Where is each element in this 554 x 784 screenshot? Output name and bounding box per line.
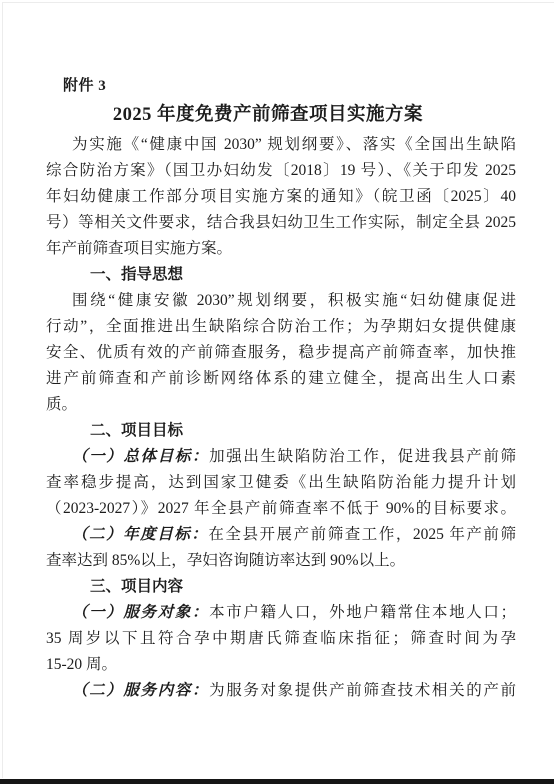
run-text: 15-20 周。 bbox=[46, 656, 117, 673]
document-content: 附件 3 2025 年度免费产前筛查项目实施方案 为实施《“健康中国 2030”… bbox=[46, 77, 516, 704]
run-text: 为服务对象提供产前筛查技术相关的产前 bbox=[209, 682, 516, 699]
text-line: 35 周岁以下且符合孕中期唐氏筛查临床指征；筛查时间为孕 bbox=[46, 626, 516, 652]
run-text: 35 周岁以下且符合孕中期唐氏筛查临床指征；筛查时间为孕 bbox=[46, 630, 516, 647]
page-bottom-edge bbox=[0, 779, 554, 784]
text-line: 查率达到 85%以上，孕妇咨询随访率达到 90%以上。 bbox=[46, 548, 516, 574]
text-line: 行动”，全面推进出生缺陷综合防治工作；为孕期妇女提供健康 bbox=[46, 314, 516, 340]
run-text: 加强出生缺陷防治工作，促进我县产前筛 bbox=[209, 448, 516, 465]
text-line: 进产前筛查和产前诊断网络体系的建立健全，提高出生人口素 bbox=[46, 366, 516, 392]
text-line: 质。 bbox=[46, 392, 516, 418]
section-heading: 一、指导思想 bbox=[46, 262, 516, 288]
run-text: 质。 bbox=[46, 396, 77, 413]
run-emphasis: （二）年度目标： bbox=[72, 526, 208, 543]
text-line: 查率稳步提高，达到国家卫健委《出生缺陷防治能力提升计划 bbox=[46, 470, 516, 496]
page-edge-top-line bbox=[2, 2, 554, 3]
section-heading: 三、项目内容 bbox=[46, 574, 516, 600]
run-text: 进产前筛查和产前诊断网络体系的建立健全，提高出生人口素 bbox=[46, 370, 516, 387]
text-line: （二）年度目标：在全县开展产前筛查工作，2025 年产前筛 bbox=[46, 522, 516, 548]
text-line: 围绕“健康安徽 2030”规划纲要，积极实施“妇幼健康促进 bbox=[46, 288, 516, 314]
page-title: 2025 年度免费产前筛查项目实施方案 bbox=[46, 102, 490, 129]
text-line: （一）服务对象：本市户籍人口，外地户籍常住本地人口； bbox=[46, 600, 516, 626]
run-emphasis: （一）总体目标： bbox=[72, 448, 209, 465]
section-heading: 二、项目目标 bbox=[46, 418, 516, 444]
run-text: 安全、优质有效的产前筛查服务，稳步提高产前筛查率，加快推 bbox=[46, 344, 516, 361]
page-edge-left-line bbox=[2, 2, 3, 778]
run-text: 为实施《“健康中国 2030” 规划纲要》、落实《全国出生缺陷 bbox=[72, 136, 516, 153]
run-text: 年妇幼健康工作部分项目实施方案的通知》（皖卫函〔2025〕40 bbox=[46, 188, 516, 205]
run-text: 查率稳步提高，达到国家卫健委《出生缺陷防治能力提升计划 bbox=[46, 474, 516, 491]
text-line: 年妇幼健康工作部分项目实施方案的通知》（皖卫函〔2025〕40 bbox=[46, 184, 516, 210]
text-line: （一）总体目标：加强出生缺陷防治工作，促进我县产前筛 bbox=[46, 444, 516, 470]
attachment-label: 附件 3 bbox=[46, 77, 516, 96]
run-text: 围绕“健康安徽 2030”规划纲要，积极实施“妇幼健康促进 bbox=[72, 292, 516, 309]
text-line: （二）服务内容：为服务对象提供产前筛查技术相关的产前 bbox=[46, 678, 516, 704]
text-line: （2023-2027）》2027 年全县产前筛查率不低于 90%的目标要求。 bbox=[46, 496, 516, 522]
text-line: 安全、优质有效的产前筛查服务，稳步提高产前筛查率，加快推 bbox=[46, 340, 516, 366]
text-line: 年产前筛查项目实施方案。 bbox=[46, 236, 516, 262]
run-text: 号）等相关文件要求，结合我县妇幼卫生工作实际，制定全县 2025 bbox=[46, 214, 516, 231]
document-body: 为实施《“健康中国 2030” 规划纲要》、落实《全国出生缺陷综合防治方案》（国… bbox=[46, 132, 516, 704]
text-line: 为实施《“健康中国 2030” 规划纲要》、落实《全国出生缺陷 bbox=[46, 132, 516, 158]
document-page: 附件 3 2025 年度免费产前筛查项目实施方案 为实施《“健康中国 2030”… bbox=[0, 0, 554, 784]
text-line: 15-20 周。 bbox=[46, 652, 516, 678]
run-text: 查率达到 85%以上，孕妇咨询随访率达到 90%以上。 bbox=[46, 552, 405, 569]
run-text: （2023-2027）》2027 年全县产前筛查率不低于 90%的目标要求。 bbox=[46, 500, 516, 517]
run-text: 在全县开展产前筛查工作，2025 年产前筛 bbox=[208, 526, 516, 543]
run-emphasis: （一）服务对象： bbox=[72, 604, 209, 621]
run-text: 年产前筛查项目实施方案。 bbox=[46, 240, 232, 257]
run-text: 行动”，全面推进出生缺陷综合防治工作；为孕期妇女提供健康 bbox=[46, 318, 516, 335]
run-text: 本市户籍人口，外地户籍常住本地人口； bbox=[209, 604, 516, 621]
text-line: 综合防治方案》（国卫办妇幼发〔2018〕19 号）、《关于印发 2025 bbox=[46, 158, 516, 184]
run-text: 综合防治方案》（国卫办妇幼发〔2018〕19 号）、《关于印发 2025 bbox=[46, 162, 516, 179]
run-emphasis: （二）服务内容： bbox=[72, 682, 209, 699]
text-line: 号）等相关文件要求，结合我县妇幼卫生工作实际，制定全县 2025 bbox=[46, 210, 516, 236]
